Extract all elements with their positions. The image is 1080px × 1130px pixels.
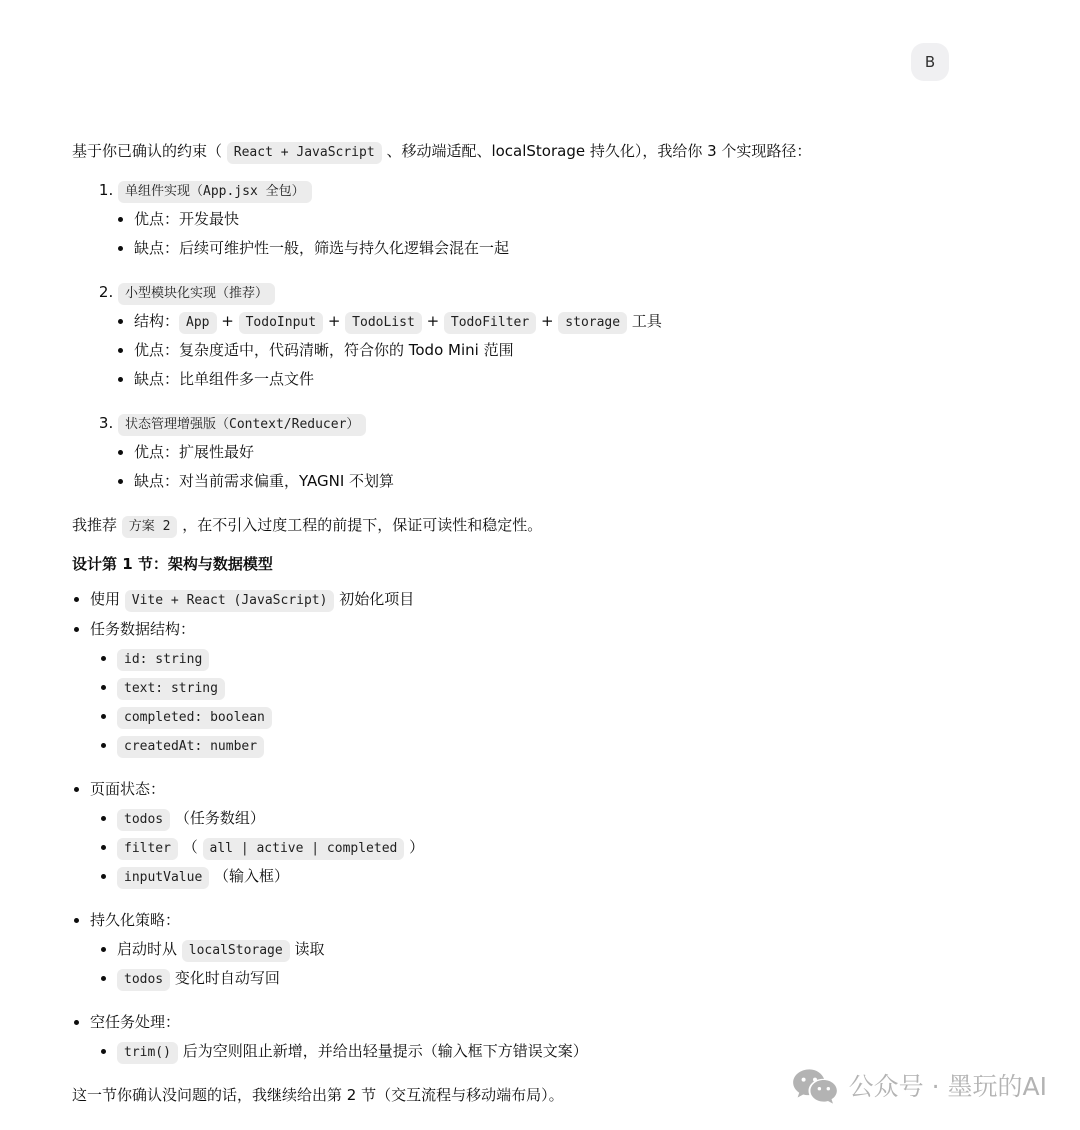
list-item: todos （任务数组） (117, 805, 1012, 831)
text-segment: （ (178, 838, 203, 856)
inline-code: createdAt: number (117, 736, 264, 758)
assistant-message: 基于你已确认的约束（ React + JavaScript 、移动端适配、loc… (72, 138, 1012, 1121)
text-segment: 缺点：对当前需求偏重，YAGNI 不划算 (134, 472, 394, 490)
inline-code: App (179, 312, 216, 334)
inline-code: storage (558, 312, 627, 334)
inline-code: todos (117, 809, 170, 831)
option-bullets: 优点：开发最快 缺点：后续可维护性一般，筛选与持久化逻辑会混在一起 (118, 206, 1012, 261)
list-item: 持久化策略： 启动时从 localStorage 读取 todos 变化时自动写… (90, 907, 1012, 991)
list-item: 缺点：对当前需求偏重，YAGNI 不划算 (134, 468, 1012, 494)
list-item: completed: boolean (117, 703, 1012, 729)
text-segment: + (536, 312, 558, 330)
text-segment: 优点：开发最快 (134, 210, 239, 228)
group-label: 页面状态： (90, 780, 165, 798)
inline-code: TodoList (345, 312, 422, 334)
list-item: 使用 Vite + React (JavaScript) 初始化项目 (90, 586, 1012, 612)
inline-code: id: string (117, 649, 209, 671)
list-item: createdAt: number (117, 732, 1012, 758)
text-segment: 、移动端适配、localStorage 持久化），我给你 3 个实现路径： (382, 142, 812, 160)
text-segment: ） (404, 838, 424, 856)
list-item: 单组件实现（App.jsx 全包） 优点：开发最快 缺点：后续可维护性一般，筛选… (118, 177, 1012, 261)
list-item: 优点：复杂度适中，代码清晰，符合你的 Todo Mini 范围 (134, 337, 1012, 363)
option-bullets: 优点：扩展性最好 缺点：对当前需求偏重，YAGNI 不划算 (118, 439, 1012, 494)
sub-list: trim() 后为空则阻止新增，并给出轻量提示（输入框下方错误文案） (90, 1038, 1012, 1064)
text-segment: 后为空则阻止新增，并给出轻量提示（输入框下方错误文案） (178, 1042, 588, 1060)
list-item: 优点：扩展性最好 (134, 439, 1012, 465)
chat-page: B 基于你已确认的约束（ React + JavaScript 、移动端适配、l… (0, 0, 1080, 1130)
option-title: 单组件实现（App.jsx 全包） (118, 177, 1012, 203)
list-item: id: string (117, 645, 1012, 671)
inline-code: Vite + React (JavaScript) (125, 590, 335, 612)
list-item: 任务数据结构： id: string text: string complete… (90, 616, 1012, 758)
sub-list: 启动时从 localStorage 读取 todos 变化时自动写回 (90, 936, 1012, 991)
sub-list: todos （任务数组） filter （ all | active | com… (90, 805, 1012, 889)
text-segment: 使用 (90, 590, 125, 608)
text-segment: + (422, 312, 444, 330)
inline-code: 状态管理增强版（Context/Reducer） (118, 414, 366, 436)
list-item: 缺点：后续可维护性一般，筛选与持久化逻辑会混在一起 (134, 235, 1012, 261)
inline-code: TodoInput (239, 312, 323, 334)
option-bullets: 结构：App + TodoInput + TodoList + TodoFilt… (118, 308, 1012, 392)
user-avatar[interactable]: B (911, 43, 949, 81)
section-heading: 设计第 1 节：架构与数据模型 (72, 551, 1012, 577)
group-label: 持久化策略： (90, 911, 180, 929)
option-title: 小型模块化实现（推荐） (118, 279, 1012, 305)
inline-code: 方案 2 (122, 516, 178, 538)
list-item: trim() 后为空则阻止新增，并给出轻量提示（输入框下方错误文案） (117, 1038, 1012, 1064)
intro-paragraph: 基于你已确认的约束（ React + JavaScript 、移动端适配、loc… (72, 138, 1012, 164)
text-segment: 初始化项目 (334, 590, 414, 608)
text-segment: 结构： (134, 312, 179, 330)
inline-code: TodoFilter (444, 312, 536, 334)
inline-code: 小型模块化实现（推荐） (118, 283, 275, 305)
list-item: 空任务处理： trim() 后为空则阻止新增，并给出轻量提示（输入框下方错误文案… (90, 1009, 1012, 1064)
inline-code: all | active | completed (203, 838, 405, 860)
text-segment: 缺点：比单组件多一点文件 (134, 370, 314, 388)
inline-code: React + JavaScript (227, 142, 382, 164)
list-item: 优点：开发最快 (134, 206, 1012, 232)
inline-code: completed: boolean (117, 707, 272, 729)
list-item: todos 变化时自动写回 (117, 965, 1012, 991)
inline-code: filter (117, 838, 178, 860)
group-label: 任务数据结构： (90, 620, 195, 638)
inline-code: inputValue (117, 867, 209, 889)
text-segment: 我推荐 (72, 516, 122, 534)
list-item: inputValue （输入框） (117, 863, 1012, 889)
text-segment: + (323, 312, 345, 330)
text-segment: 缺点：后续可维护性一般，筛选与持久化逻辑会混在一起 (134, 239, 509, 257)
list-item: text: string (117, 674, 1012, 700)
text-segment: （输入框） (209, 867, 289, 885)
text-segment: 启动时从 (117, 940, 182, 958)
list-item: 状态管理增强版（Context/Reducer） 优点：扩展性最好 缺点：对当前… (118, 410, 1012, 494)
inline-code: 单组件实现（App.jsx 全包） (118, 181, 312, 203)
text-segment: + (217, 312, 239, 330)
inline-code: trim() (117, 1042, 178, 1064)
list-item: 启动时从 localStorage 读取 (117, 936, 1012, 962)
sub-list: id: string text: string completed: boole… (90, 645, 1012, 758)
inline-code: todos (117, 969, 170, 991)
options-list: 单组件实现（App.jsx 全包） 优点：开发最快 缺点：后续可维护性一般，筛选… (72, 177, 1012, 494)
text-segment: （任务数组） (170, 809, 265, 827)
option-title: 状态管理增强版（Context/Reducer） (118, 410, 1012, 436)
list-item: 页面状态： todos （任务数组） filter （ all | active… (90, 776, 1012, 889)
recommend-paragraph: 我推荐 方案 2 ，在不引入过度工程的前提下，保证可读性和稳定性。 (72, 512, 1012, 538)
wechat-icon (792, 1068, 838, 1106)
list-item: 小型模块化实现（推荐） 结构：App + TodoInput + TodoLis… (118, 279, 1012, 392)
text-segment: 变化时自动写回 (170, 969, 280, 987)
list-item: 结构：App + TodoInput + TodoList + TodoFilt… (134, 308, 1012, 334)
watermark-text: 公众号 · 墨玩的AI (849, 1068, 1047, 1106)
watermark: 公众号 · 墨玩的AI (792, 1068, 1047, 1106)
group-label: 空任务处理： (90, 1013, 180, 1031)
user-avatar-label: B (925, 53, 935, 71)
text-segment: 优点：复杂度适中，代码清晰，符合你的 Todo Mini 范围 (134, 341, 514, 359)
text-segment: 基于你已确认的约束（ (72, 142, 227, 160)
inline-code: text: string (117, 678, 225, 700)
design-list: 使用 Vite + React (JavaScript) 初始化项目 任务数据结… (72, 586, 1012, 1064)
list-item: filter （ all | active | completed ） (117, 834, 1012, 860)
text-segment: ，在不引入过度工程的前提下，保证可读性和稳定性。 (177, 516, 542, 534)
text-segment: 工具 (627, 312, 662, 330)
list-item: 缺点：比单组件多一点文件 (134, 366, 1012, 392)
text-segment: 这一节你确认没问题的话，我继续给出第 2 节（交互流程与移动端布局）。 (72, 1086, 564, 1104)
inline-code: localStorage (182, 940, 290, 962)
text-segment: 优点：扩展性最好 (134, 443, 254, 461)
text-segment: 读取 (290, 940, 325, 958)
